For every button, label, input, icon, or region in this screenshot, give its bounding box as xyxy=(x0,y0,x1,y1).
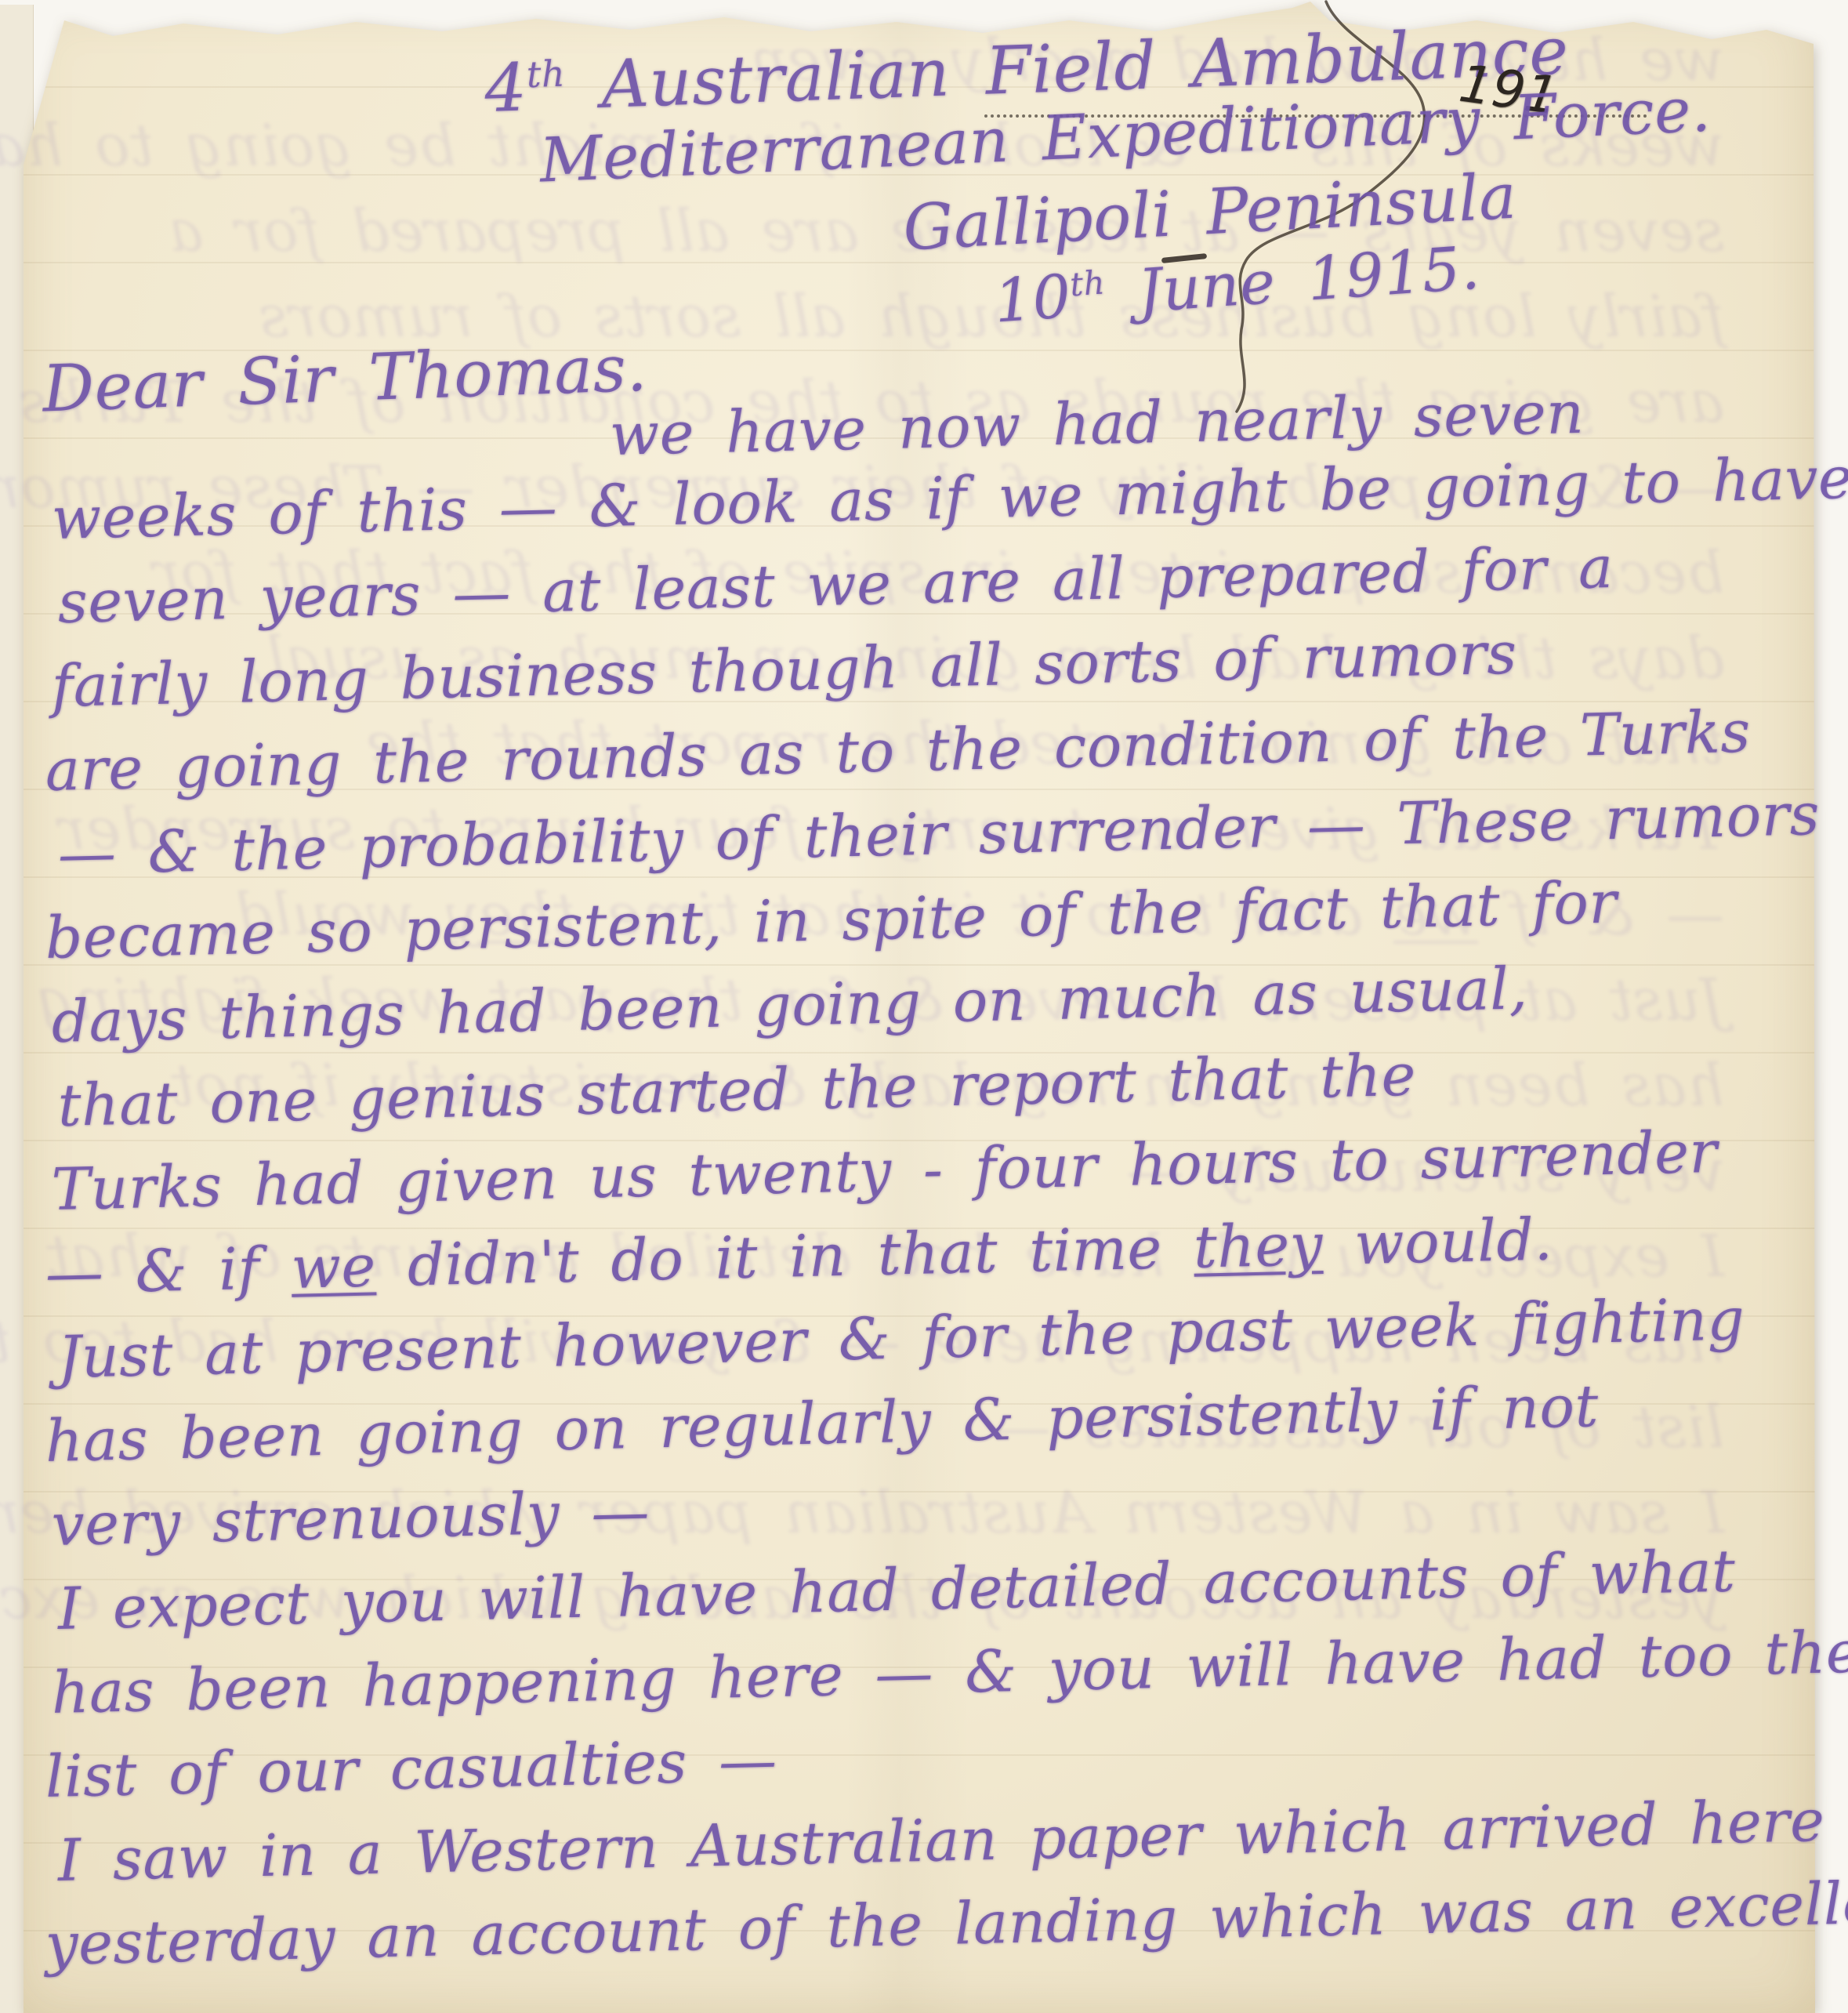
letter-body: we have now had nearly sevenweeks of thi… xyxy=(45,401,1840,1995)
scan-background: { "scan": { "background_color": "#f8f6f1… xyxy=(0,0,1848,2013)
